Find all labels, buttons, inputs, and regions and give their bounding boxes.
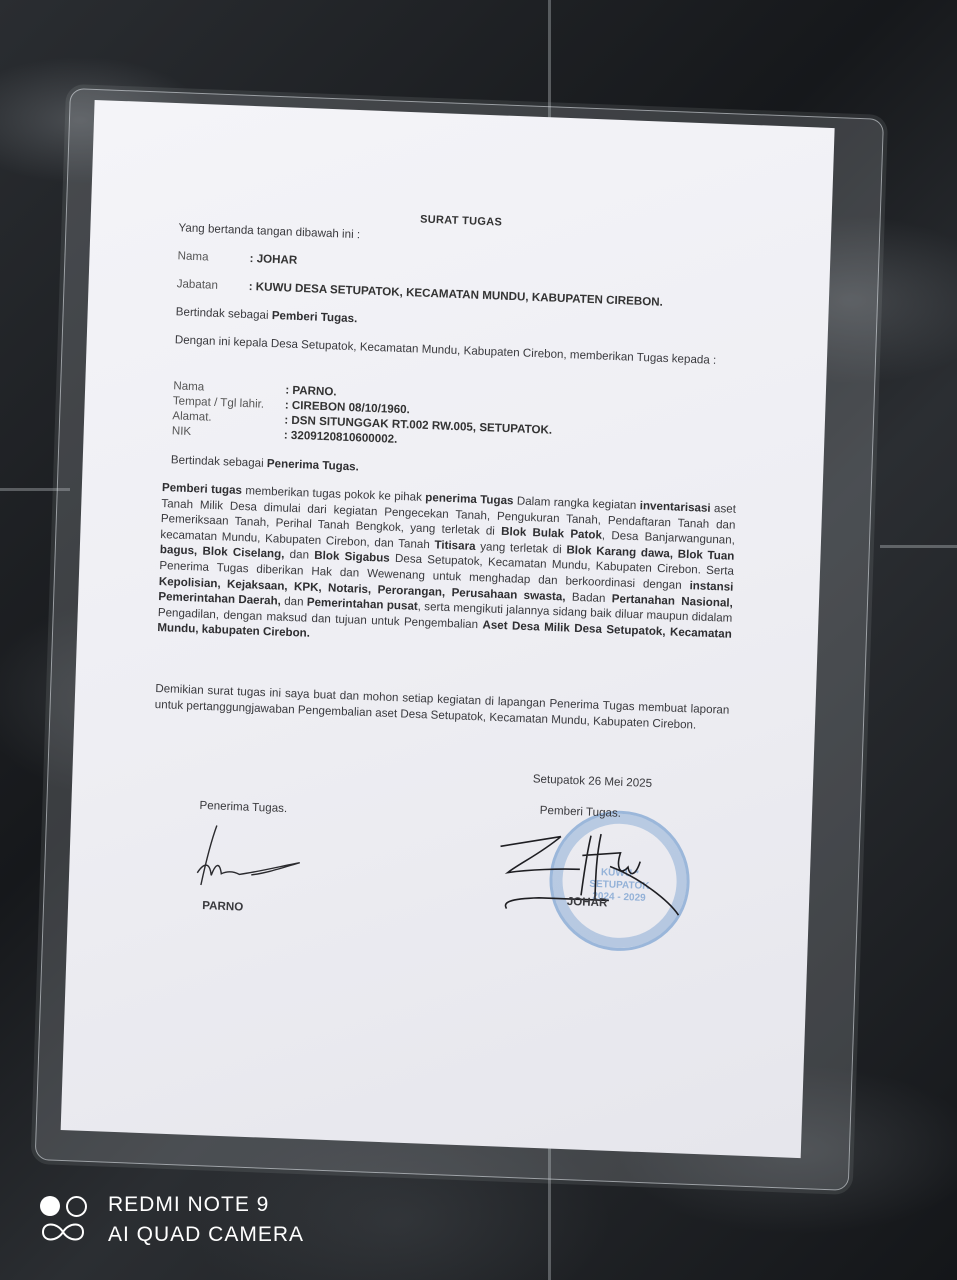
body-segment: Titisara [434,538,475,553]
giver-name-label: Nama [177,249,249,266]
receiver-signature [191,823,313,898]
body-segment: dan [284,548,314,562]
giver-signature-label: Pemberi Tugas. [540,804,622,821]
giver-role-prefix: Bertindak sebagai [176,305,272,322]
body-segment: Badan [565,590,612,605]
giver-position-row: Jabatan : KUWU DESA SETUPATOK, KECAMATAN… [176,277,663,309]
tile-seam [880,545,957,548]
body-segment: dan [281,595,307,609]
body-segment: Dalam rangka kegiatan [513,494,640,512]
giver-name-row: Nama : JOHAR [177,249,297,268]
document-paper: SURAT TUGAS Yang bertanda tangan dibawah… [61,100,835,1158]
giver-role: Pemberi Tugas. [272,309,358,325]
assignment-intro: Dengan ini kepala Desa Setupatok, Kecama… [175,333,735,368]
body-segment: yang terletak di [475,540,566,556]
receiver-name-signed: PARNO [202,899,243,915]
camera-watermark: REDMI NOTE 9 AI QUAD CAMERA [40,1190,304,1250]
body-segment: inventarisasi [640,499,711,515]
body-segment: Blok Bulak Patok [501,525,602,542]
receiver-role-prefix: Bertindak sebagai [171,453,267,470]
tile-seam [548,0,551,120]
watermark-model: REDMI NOTE 9 [108,1190,304,1220]
watermark-camera: AI QUAD CAMERA [108,1220,304,1250]
infinity-icon [40,1220,86,1244]
laminated-sleeve: SURAT TUGAS Yang bertanda tangan dibawah… [35,88,884,1191]
giver-position-label: Jabatan [176,277,248,294]
place-date: Setupatok 26 Mei 2025 [533,772,653,791]
giver-name-signed: JOHAR [567,895,608,911]
receiver-role: Penerima Tugas. [267,457,359,473]
redmi-camera-logo-icon [40,1194,90,1246]
closing-paragraph: Demikian surat tugas ini saya buat dan m… [155,681,730,734]
receiver-name-value: : PARNO. [285,384,337,400]
body-segment: penerima Tugas [425,491,514,507]
receiver-nik-label: NIK [172,424,284,442]
body-segment: Pemerintahan pusat [307,596,418,613]
giver-role-line: Bertindak sebagai Pemberi Tugas. [176,305,736,340]
giver-name-value: : JOHAR [249,252,297,268]
giver-position-value: : KUWU DESA SETUPATOK, KECAMATAN MUNDU, … [248,280,663,310]
body-segment: Pemberi tugas [162,481,242,497]
body-segment: Blok Sigabus [314,549,390,565]
receiver-nik-value: : 3209120810600002. [284,429,398,447]
receiver-signature-label: Penerima Tugas. [199,799,287,816]
main-body-paragraph: Pemberi tugas memberikan tugas pokok ke … [157,480,736,658]
